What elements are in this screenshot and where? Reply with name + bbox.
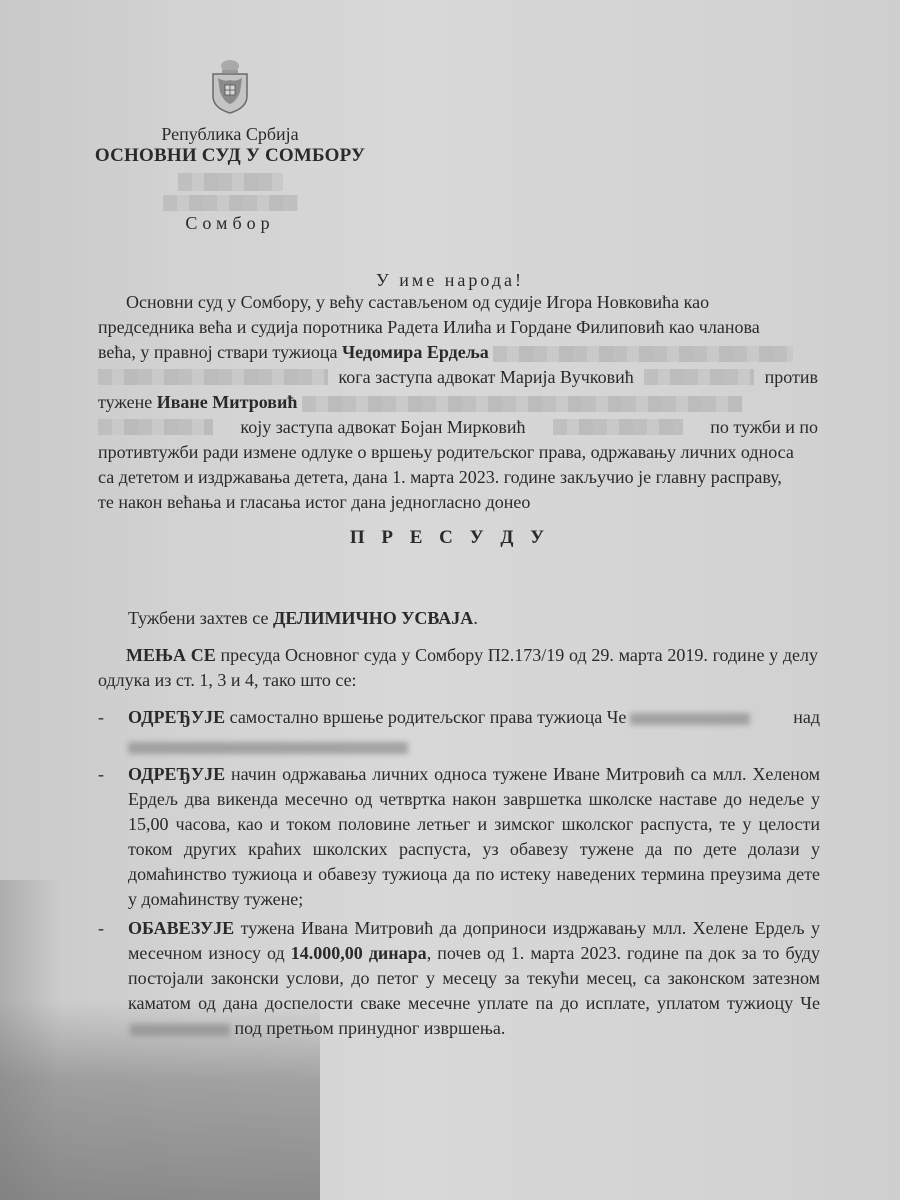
intro-text: већа, у правној ствари тужиоца bbox=[98, 342, 342, 362]
intro-paragraph: Основни суд у Сомбору, у већу састављено… bbox=[98, 290, 818, 515]
change-keyword: МЕЊА СЕ bbox=[126, 645, 216, 665]
ruling-item: - ОДРЕЂУЈЕ самостално вршење родитељског… bbox=[100, 705, 820, 759]
ruling-item: - ОБАВЕЗУЈЕ тужена Ивана Митровић да доп… bbox=[100, 916, 820, 1041]
intro-line: са дететом и издржавања детета, дана 1. … bbox=[98, 465, 818, 490]
ruling-body: ОДРЕЂУЈЕ начин одржавања личних односа т… bbox=[100, 762, 820, 912]
case-number-redacted bbox=[90, 173, 370, 191]
intro-text: кога заступа адвокат Марија Вучковић bbox=[338, 365, 633, 390]
redacted-address bbox=[302, 396, 742, 412]
court-header: Република Србија ОСНОВНИ СУД У СОМБОРУ С… bbox=[90, 58, 370, 234]
ruling-keyword: ОБАВЕЗУЈЕ bbox=[128, 918, 234, 938]
verdict-title: П Р Е С У Д У bbox=[0, 527, 900, 549]
claim-text: Тужбени захтев се bbox=[128, 608, 273, 628]
date-redacted bbox=[90, 193, 370, 211]
court-name: ОСНОВНИ СУД У СОМБОРУ bbox=[90, 145, 370, 167]
intro-text: против bbox=[765, 365, 818, 390]
intro-line: већа, у правној ствари тужиоца Чедомира … bbox=[98, 340, 818, 365]
intro-line: кога заступа адвокат Марија Вучковићпрот… bbox=[98, 365, 818, 390]
redacted-address bbox=[553, 419, 683, 435]
claim-decision: ДЕЛИМИЧНО УСВАЈА bbox=[273, 608, 473, 628]
ruling-keyword: ОДРЕЂУЈЕ bbox=[128, 707, 225, 727]
republic-label: Република Србија bbox=[90, 123, 370, 145]
ruling-keyword: ОДРЕЂУЈЕ bbox=[128, 764, 225, 784]
intro-line: те након већања и гласања истог дана јед… bbox=[98, 490, 818, 515]
intro-line: Основни суд у Сомбору, у већу састављено… bbox=[98, 290, 818, 315]
claim-statement: Тужбени захтев се ДЕЛИМИЧНО УСВАЈА. bbox=[128, 608, 478, 629]
ruling-item: - ОДРЕЂУЈЕ начин одржавања личних односа… bbox=[100, 762, 820, 912]
support-amount: 14.000,00 динара bbox=[291, 943, 427, 963]
page-shadow bbox=[0, 880, 60, 1200]
redacted-address bbox=[493, 346, 793, 362]
intro-line: коју заступа адвокат Бојан Мирковићпо ту… bbox=[98, 415, 818, 440]
ruling-text: самостално вршење родитељског права тужи… bbox=[225, 707, 626, 727]
ruling-line: ОДРЕЂУЈЕ самостално вршење родитељског п… bbox=[128, 705, 820, 730]
intro-text: коју заступа адвокат Бојан Мирковић bbox=[240, 415, 525, 440]
ruling-text: под претњом принудног извршења. bbox=[230, 1018, 505, 1038]
redacted-name bbox=[630, 713, 750, 725]
intro-text: тужене bbox=[98, 392, 157, 412]
city-label: Сомбор bbox=[90, 213, 370, 234]
defendant-name: Иване Митровић bbox=[157, 392, 298, 412]
invocation: У име народа! bbox=[0, 270, 900, 291]
intro-line: противтужби ради измене одлуке о вршењу … bbox=[98, 440, 818, 465]
intro-line: тужене Иване Митровић bbox=[98, 390, 818, 415]
redacted-child-info bbox=[128, 742, 408, 754]
redacted-address bbox=[98, 419, 213, 435]
ruling-line bbox=[128, 734, 820, 759]
redacted-address bbox=[644, 369, 754, 385]
claim-text: . bbox=[473, 608, 478, 628]
ruling-body: ОБАВЕЗУЈЕ тужена Ивана Митровић да допри… bbox=[100, 916, 820, 1041]
ruling-text: начин одржавања личних односа тужене Ива… bbox=[128, 764, 820, 909]
change-paragraph: МЕЊА СЕ пресуда Основног суда у Сомбору … bbox=[98, 643, 818, 693]
plaintiff-name: Чедомира Ердеља bbox=[342, 342, 489, 362]
ruling-text: над bbox=[793, 705, 820, 730]
intro-line: председника већа и судија поротника Раде… bbox=[98, 315, 818, 340]
serbia-coat-of-arms-icon bbox=[208, 58, 252, 114]
redacted-name bbox=[130, 1024, 230, 1036]
intro-text: по тужби и по bbox=[710, 415, 818, 440]
redacted-address bbox=[98, 369, 328, 385]
